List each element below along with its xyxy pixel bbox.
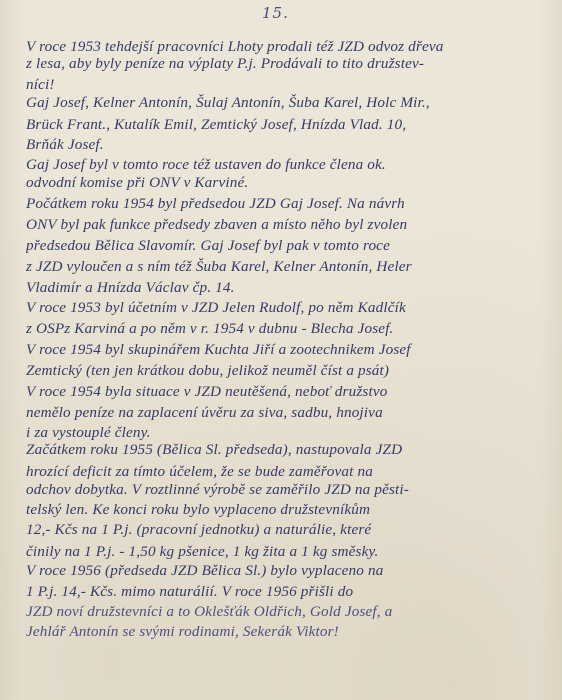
text-line-17: Zemtický (ten jen krátkou dobu, jelikož … xyxy=(26,362,548,380)
text-line-20: i za vystouplé členy. xyxy=(26,424,548,442)
text-line-1: V roce 1953 tehdejší pracovníci Lhoty pr… xyxy=(26,38,548,56)
text-line-23: odchov dobytka. V roztlinné výrobě se za… xyxy=(26,481,548,499)
text-line-13: Vladimír a Hnízda Václav čp. 14. xyxy=(26,279,548,297)
text-line-6: Brňák Josef. xyxy=(26,136,548,154)
text-line-5: Brück Frant., Kutalík Emil, Zemtický Jos… xyxy=(26,116,548,134)
text-line-10: ONV byl pak funkce předsedy zbaven a mís… xyxy=(26,216,548,234)
text-line-3: níci! xyxy=(26,76,548,94)
text-line-8: odvodní komise při ONV v Karviné. xyxy=(26,174,548,192)
document-page: 15. V roce 1953 tehdejší pracovníci Lhot… xyxy=(0,0,562,700)
text-line-7: Gaj Josef byl v tomto roce též ustaven d… xyxy=(26,156,548,174)
text-line-26: činily na 1 P.j. - 1,50 kg pšenice, 1 kg… xyxy=(26,543,548,561)
text-line-22: hrozící deficit za tímto účelem, že se b… xyxy=(26,463,548,481)
text-line-12: z JZD vyloučen a s ním též Šuba Karel, K… xyxy=(26,258,548,276)
text-line-21: Začátkem roku 1955 (Bělica Sl. předseda)… xyxy=(26,441,548,459)
text-line-29: JZD noví družstevníci a to Oklešťák Oldř… xyxy=(26,603,548,621)
text-line-18: V roce 1954 byla situace v JZD neutěšená… xyxy=(26,383,548,401)
text-line-11: předsedou Bělica Slavomír. Gaj Josef byl… xyxy=(26,237,548,255)
text-line-30: Jehlář Antonín se svými rodinami, Sekerá… xyxy=(26,623,548,641)
text-line-25: 12,- Kčs na 1 P.j. (pracovní jednotku) a… xyxy=(26,521,548,539)
text-line-16: V roce 1954 byl skupinářem Kuchta Jiří a… xyxy=(26,341,548,359)
text-line-2: z lesa, aby byly peníze na výplaty P.j. … xyxy=(26,55,548,73)
text-line-24: telský len. Ke konci roku bylo vyplaceno… xyxy=(26,501,548,519)
text-line-14: V roce 1953 byl účetním v JZD Jelen Rudo… xyxy=(26,299,548,317)
text-line-4: Gaj Josef, Kelner Antonín, Šulaj Antonín… xyxy=(26,94,548,112)
text-line-27: V roce 1956 (předseda JZD Bělica Sl.) by… xyxy=(26,562,548,580)
page-number: 15. xyxy=(262,4,289,22)
text-line-15: z OSPz Karviná a po něm v r. 1954 v dubn… xyxy=(26,320,548,338)
text-line-9: Počátkem roku 1954 byl předsedou JZD Gaj… xyxy=(26,195,548,213)
text-line-19: nemělo peníze na zaplacení úvěru za siva… xyxy=(26,404,548,422)
text-line-28: 1 P.j. 14,- Kčs. mimo naturálií. V roce … xyxy=(26,583,548,601)
